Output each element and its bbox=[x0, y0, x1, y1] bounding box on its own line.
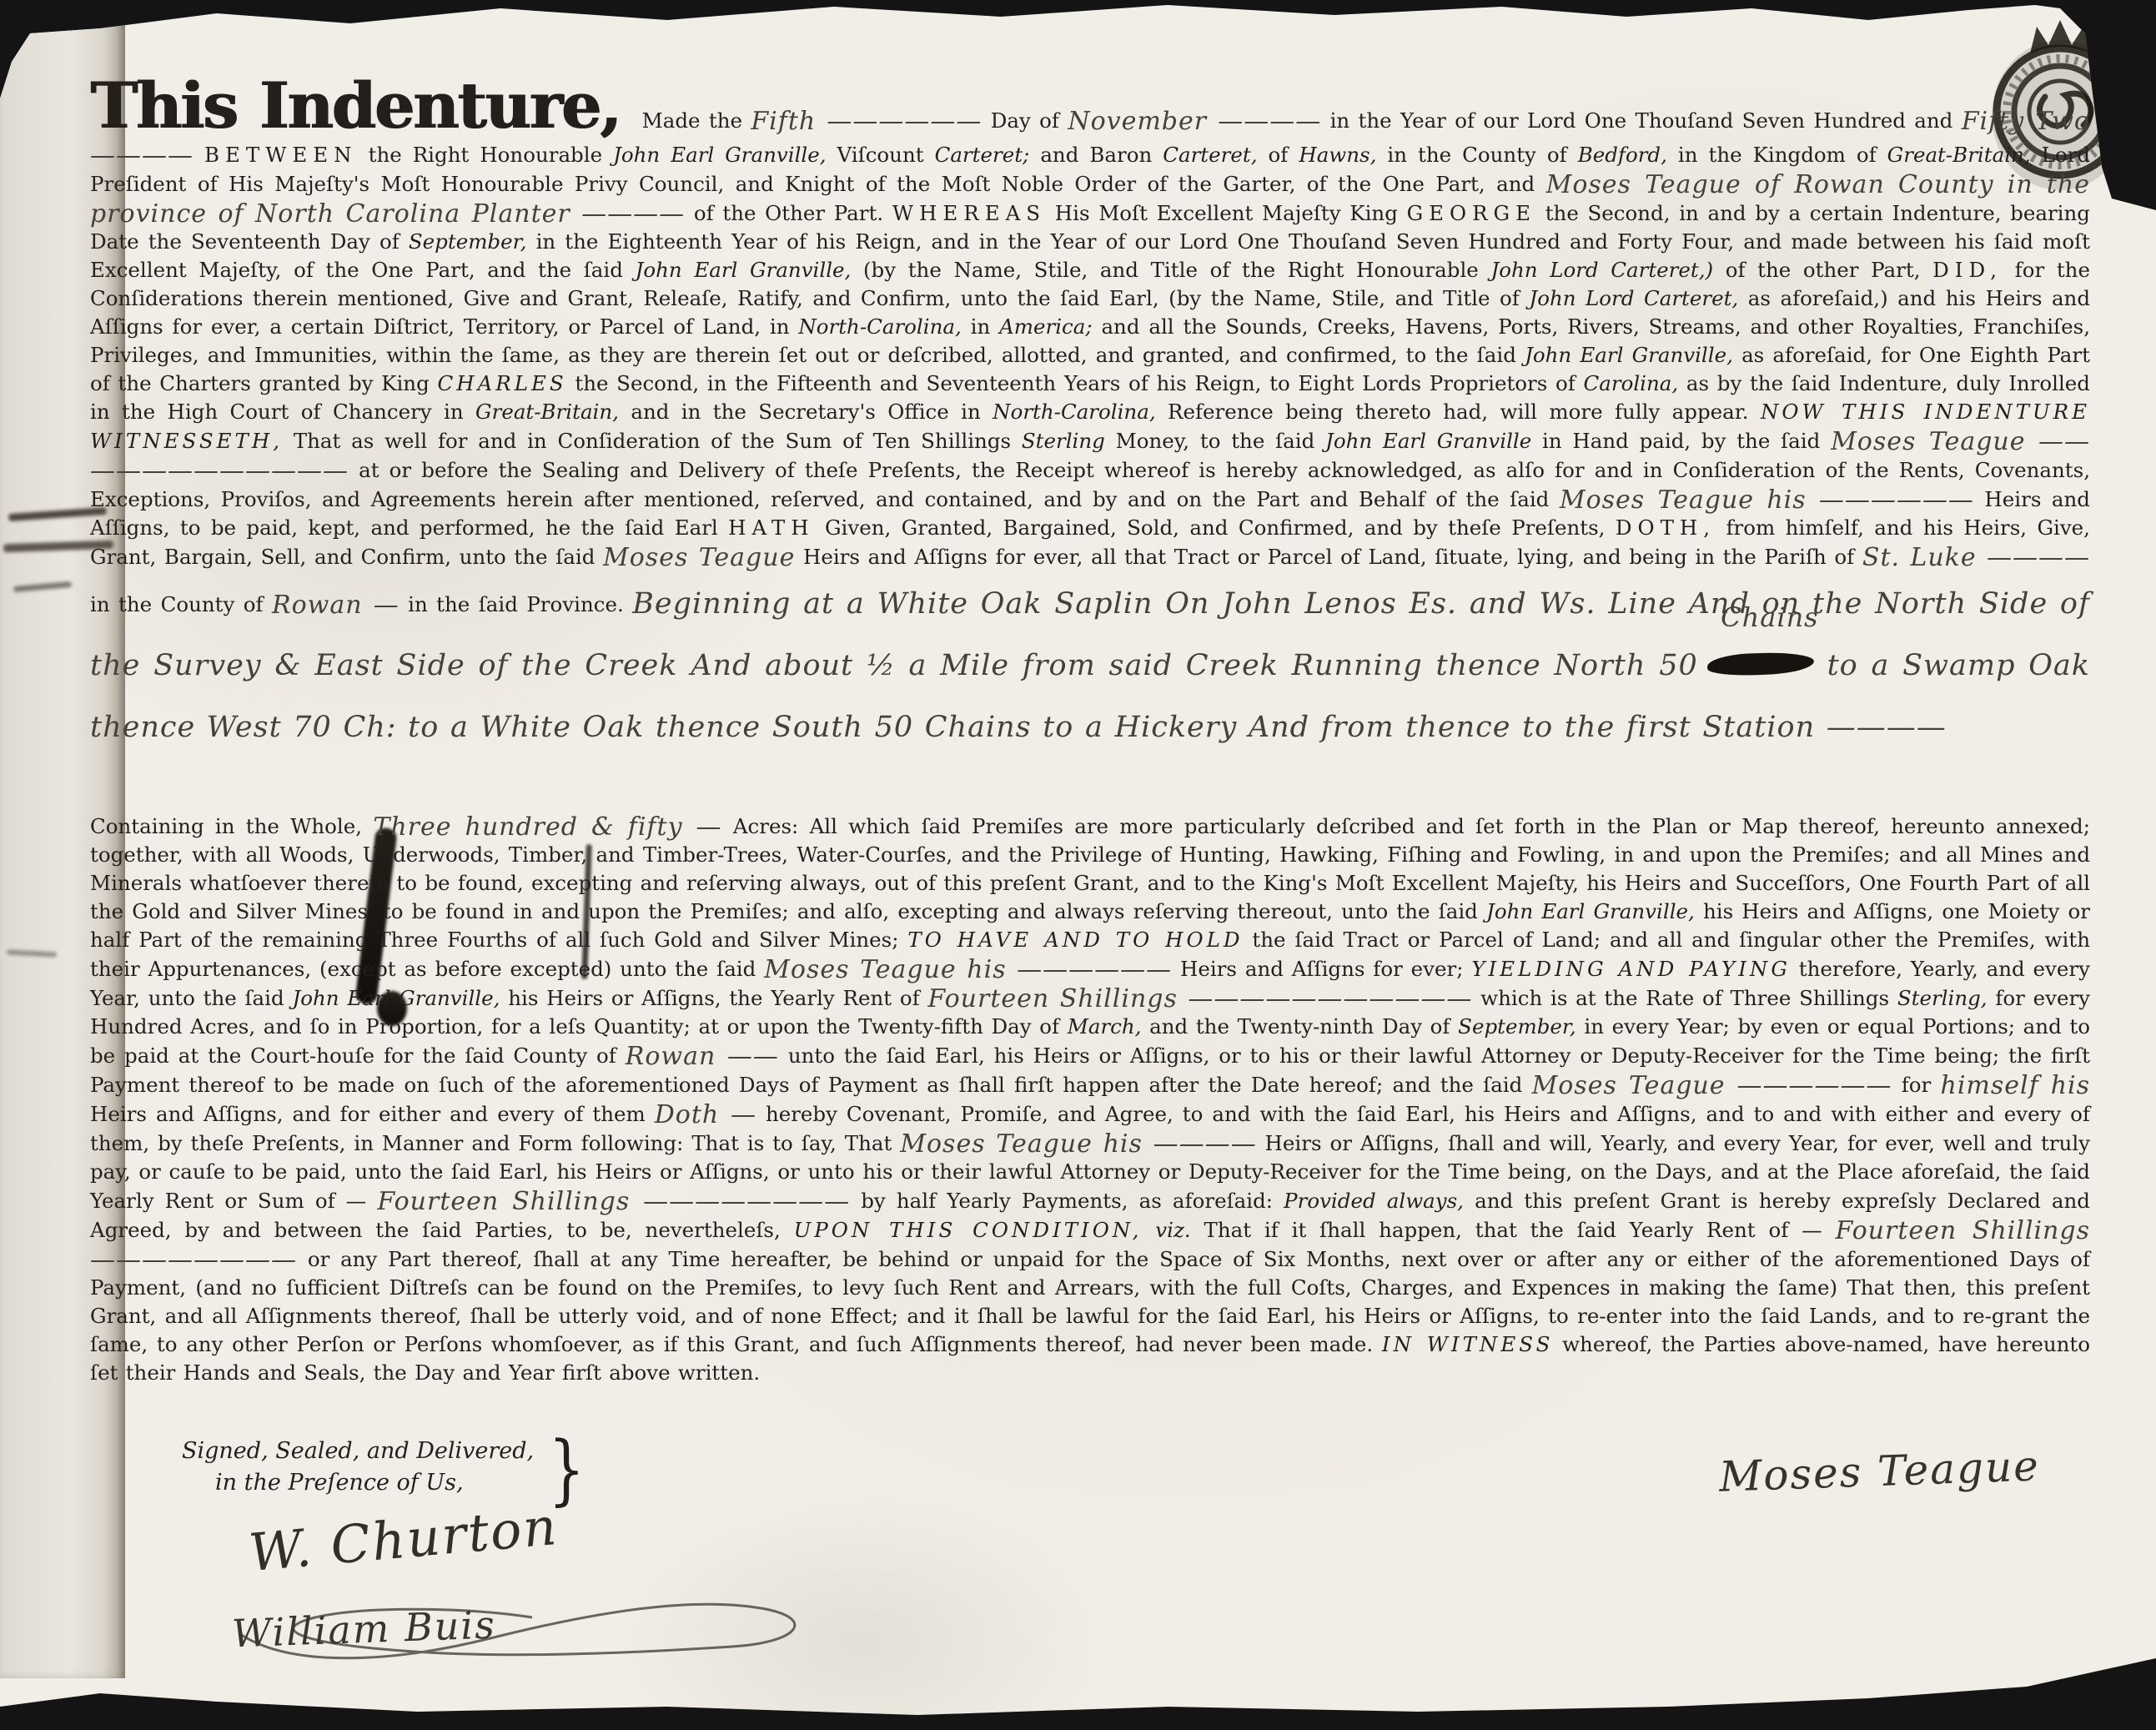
printed-text: the Second, in the Fifteenth and Sevente… bbox=[575, 371, 1575, 395]
handwritten-text: Moses Teague his ———— bbox=[900, 1129, 1256, 1159]
printed-text: Reference being thereto had, will more f… bbox=[1168, 400, 1749, 424]
signature-section: Signed, Sealed, and Delivered, in the Pr… bbox=[90, 1436, 2090, 1504]
printed-text: Given, Granted, Bargained, Sold, and Con… bbox=[825, 515, 1605, 540]
printed-italic-text: John Earl Granville, bbox=[292, 986, 500, 1010]
printed-caps-text: BETWEEN bbox=[204, 143, 358, 167]
handwritten-text: himself his bbox=[1941, 1071, 2091, 1100]
printed-text: in the Kingdom of bbox=[1678, 143, 1877, 167]
printed-text: in the ſaid Province. bbox=[408, 592, 624, 616]
printed-text: and in the Secretary's Office in bbox=[631, 400, 980, 424]
printed-text: Made the bbox=[642, 108, 742, 133]
printed-italic-text: viz. bbox=[1155, 1218, 1190, 1242]
printed-text: That if it ſhall happen, that the ſaid Y… bbox=[1204, 1218, 1822, 1242]
printed-text: Heirs and Aſſigns, and for either and ev… bbox=[90, 1102, 646, 1126]
printed-text: in Hand paid, by the ſaid bbox=[1542, 429, 1820, 453]
handwritten-text: Doth — bbox=[655, 1100, 756, 1129]
printed-text: of bbox=[1269, 143, 1289, 167]
handwritten-text: Rowan —— bbox=[626, 1042, 779, 1071]
printed-italic-text: North-Carolina, bbox=[798, 314, 961, 339]
printed-italic-text: Sterling bbox=[1022, 429, 1105, 453]
printed-text: Viſcount bbox=[837, 143, 924, 167]
printed-text: in the County of bbox=[90, 592, 264, 616]
document-body: This Indenture, Made the Fifth —————— Da… bbox=[90, 72, 2090, 1652]
handwritten-text: Moses Teague —————— bbox=[1532, 1071, 1892, 1100]
printed-text: of the Other Part. bbox=[694, 201, 883, 225]
grantee-signature: Moses Teague bbox=[1718, 1441, 2041, 1501]
printed-text: the Right Honourable bbox=[369, 143, 602, 167]
printed-italic-caps-text: CHARLES bbox=[437, 371, 566, 395]
printed-text: His Moſt Excellent Majeſty King bbox=[1055, 201, 1398, 225]
document-title: This Indenture, bbox=[90, 68, 633, 143]
witness-signatures: W. Churton William Buis bbox=[90, 1509, 1008, 1652]
printed-italic-text: John Earl Granville, bbox=[1525, 343, 1733, 367]
handwritten-text: Fourteen Shillings ——————————— bbox=[927, 984, 1472, 1013]
printed-italic-text: Carteret; bbox=[935, 143, 1030, 167]
printed-italic-caps-text: TO HAVE AND TO HOLD bbox=[907, 928, 1243, 952]
printed-italic-text: Carolina, bbox=[1584, 371, 1679, 395]
handwritten-text: Fourteen Shillings ———————— bbox=[377, 1187, 850, 1216]
printed-text: which is at the Rate of Three Shillings bbox=[1480, 986, 1889, 1010]
printed-italic-text: John Earl Granville, bbox=[613, 143, 826, 167]
printed-text: Heirs and Aſſigns for ever; bbox=[1180, 957, 1463, 981]
handwritten-text: St. Luke ———— bbox=[1862, 543, 2090, 572]
printed-text: (by the Name, Stile, and Title of the Ri… bbox=[863, 258, 1479, 282]
printed-italic-text: John Earl Granville bbox=[1325, 429, 1531, 453]
printed-italic-text: Carteret, bbox=[1163, 143, 1257, 167]
printed-italic-text: September, bbox=[1458, 1014, 1576, 1039]
printed-caps-text: GEORGE bbox=[1407, 201, 1536, 225]
printed-italic-text: Hawns, bbox=[1299, 143, 1376, 167]
inserted-word: Chains bbox=[1721, 603, 1818, 631]
printed-text: and the Twenty-ninth Day of bbox=[1149, 1014, 1450, 1039]
printed-italic-caps-text: UPON THIS CONDITION, bbox=[794, 1218, 1143, 1242]
printed-italic-text: Great-Britain, bbox=[475, 400, 619, 424]
printed-text: his Heirs or Aſſigns, the Yearly Rent of bbox=[508, 986, 919, 1010]
witness-signature: W. Churton bbox=[247, 1496, 560, 1583]
printed-italic-text: John Earl Granville, bbox=[1486, 899, 1695, 923]
printed-caps-text: WHEREAS bbox=[892, 201, 1046, 225]
handwritten-text: Fifth —————— bbox=[751, 107, 982, 136]
paper-sheet: This Indenture, Made the Fifth —————— Da… bbox=[0, 0, 2156, 1730]
printed-text: Day of bbox=[991, 108, 1059, 133]
curly-brace-glyph: } bbox=[548, 1436, 585, 1504]
opening-paragraph: This Indenture, Made the Fifth —————— Da… bbox=[90, 72, 2090, 757]
printed-text: and Baron bbox=[1040, 143, 1152, 167]
printed-italic-caps-text: IN WITNESS bbox=[1382, 1332, 1553, 1356]
printed-text: in the County of bbox=[1387, 143, 1566, 167]
attestation-line: Signed, Sealed, and Delivered, bbox=[182, 1436, 534, 1467]
printed-caps-text: DOTH, bbox=[1616, 515, 1716, 540]
printed-text: That as well for and in Conſideration of… bbox=[294, 429, 1011, 453]
printed-italic-text: Provided always, bbox=[1284, 1189, 1464, 1213]
printed-italic-text: John Lord Carteret,) bbox=[1490, 258, 1713, 282]
printed-italic-text: Sterling, bbox=[1897, 986, 1988, 1010]
handwritten-text: Rowan — bbox=[272, 591, 400, 620]
printed-italic-text: America; bbox=[999, 314, 1093, 339]
attestation-line: in the Preſence of Us, bbox=[215, 1467, 534, 1499]
printed-text: for bbox=[1902, 1073, 1932, 1097]
printed-text: by half Yearly Payments, as aforeſaid: bbox=[861, 1189, 1273, 1213]
handwritten-text: Moses Teague his —————— bbox=[764, 955, 1172, 984]
printed-italic-text: Bedford, bbox=[1578, 143, 1667, 167]
printed-text: Containing in the Whole, bbox=[90, 814, 362, 838]
handwritten-text: November ———— bbox=[1068, 107, 1321, 136]
printed-text: Money, to the ſaid bbox=[1116, 429, 1315, 453]
witness-signature: William Buis bbox=[231, 1602, 496, 1656]
printed-italic-text: Great-Britain, bbox=[1887, 143, 2031, 167]
handwritten-text: Moses Teague his —————— bbox=[1560, 485, 1974, 515]
attestation-block: Signed, Sealed, and Delivered, in the Pr… bbox=[182, 1436, 591, 1504]
printed-text: Heirs and Aſſigns for ever, all that Tra… bbox=[803, 545, 1854, 569]
printed-text: of the other Part, bbox=[1726, 258, 1921, 282]
handwritten-text: Moses Teague bbox=[603, 543, 795, 572]
printed-text: in the Year of our Lord One Thouſand Sev… bbox=[1330, 108, 1953, 133]
printed-italic-text: John Earl Granville, bbox=[636, 258, 852, 282]
habendum-paragraph: Containing in the Whole, Three hundred &… bbox=[90, 812, 2090, 1387]
printed-text: in bbox=[971, 314, 991, 339]
printed-italic-caps-text: YIELDING AND PAYING bbox=[1471, 957, 1791, 981]
printed-italic-text: September, bbox=[409, 229, 527, 254]
printed-italic-text: North-Carolina, bbox=[993, 400, 1155, 424]
printed-italic-text: March, bbox=[1068, 1014, 1142, 1039]
printed-caps-text: DID, bbox=[1932, 258, 2003, 282]
printed-italic-text: John Lord Carteret, bbox=[1529, 286, 1738, 310]
handwritten-text: Three hundred & fifty — bbox=[373, 812, 721, 842]
crossed-out-word: Chains bbox=[1707, 641, 1817, 673]
ink-blot bbox=[1707, 651, 1815, 676]
printed-caps-text: HATH bbox=[728, 515, 814, 540]
